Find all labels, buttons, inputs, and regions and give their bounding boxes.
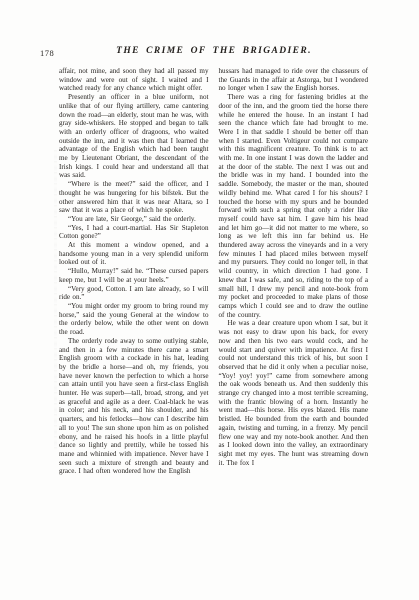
paragraph: “Hullo, Murray!” said he. “These cursed … [59, 267, 209, 284]
paragraph: affair, not mine, and soon they had all … [59, 67, 209, 93]
paragraph: “Yes, I had a court-martial. Has Sir Sta… [59, 224, 209, 241]
right-column: hussars had managed to ride over the cha… [219, 67, 369, 476]
paragraph: He was a dear creature upon whom I sat, … [219, 319, 369, 467]
paragraph: There was a ring for fastening bridles a… [219, 93, 369, 319]
paragraph: “You might order my groom to bring round… [59, 302, 209, 337]
text-block: affair, not mine, and soon they had all … [59, 67, 368, 476]
running-head: 178 THE CRIME OF THE BRIGADIER. [60, 46, 368, 60]
paragraph: Presently an officer in a blue uniform, … [59, 93, 209, 180]
book-page: 178 THE CRIME OF THE BRIGADIER. affair, … [0, 0, 419, 600]
paragraph: The orderly rode away to some outlying s… [59, 337, 209, 476]
paragraph: “You are late, Sir George,” said the ord… [59, 215, 209, 224]
running-title: THE CRIME OF THE BRIGADIER. [60, 46, 368, 56]
page-number: 178 [40, 48, 54, 58]
paragraph: “Very good, Cotton. I am late already, s… [59, 285, 209, 302]
paragraph: “Where is the meet?” said the officer, a… [59, 180, 209, 215]
paragraph: At this moment a window opened, and a ha… [59, 241, 209, 267]
scan-artifact [54, 150, 57, 450]
left-column: affair, not mine, and soon they had all … [59, 67, 209, 476]
paragraph: hussars had managed to ride over the cha… [219, 67, 369, 93]
